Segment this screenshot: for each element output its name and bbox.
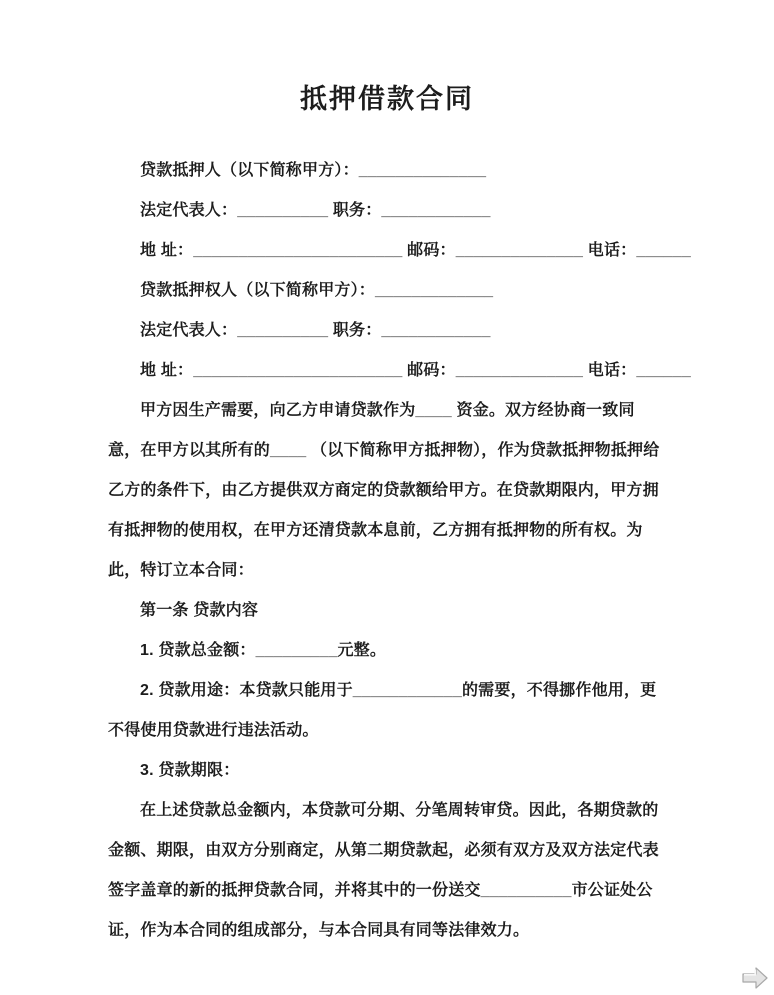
article-1-item-2-loan-purpose: 2. 贷款用途：本贷款只能用于____________的需要，不得挪作他用，更不… <box>108 671 664 751</box>
party-a-address-line: 地 址：_______________________ 邮码：_________… <box>108 231 664 271</box>
party-b-legal-representative-line: 法定代表人：__________ 职务：____________ <box>108 311 664 351</box>
party-a-legal-representative-line: 法定代表人：__________ 职务：____________ <box>108 191 664 231</box>
contract-preamble: 甲方因生产需要，向乙方申请贷款作为____ 资金。双方经协商一致同意，在甲方以其… <box>108 391 664 591</box>
party-a-mortgagor-line: 贷款抵押人（以下简称甲方）：______________ <box>108 151 664 191</box>
next-page-arrow-icon[interactable] <box>740 965 770 991</box>
contract-document-page: 抵押借款合同 贷款抵押人（以下简称甲方）：______________ 法定代表… <box>0 0 774 995</box>
document-body: 贷款抵押人（以下简称甲方）：______________ 法定代表人：_____… <box>108 151 664 951</box>
document-title: 抵押借款合同 <box>0 78 774 120</box>
article-1-item-3-detail: 在上述贷款总金额内，本贷款可分期、分笔周转审贷。因此，各期贷款的金额、期限，由双… <box>108 791 664 951</box>
party-b-mortgagee-line: 贷款抵押权人（以下简称甲方）：_____________ <box>108 271 664 311</box>
article-1-item-1-loan-amount: 1. 贷款总金额：_________元整。 <box>108 631 664 671</box>
party-b-address-line: 地 址：_______________________ 邮码：_________… <box>108 351 664 391</box>
article-1-item-3-loan-term: 3. 贷款期限： <box>108 751 664 791</box>
article-1-heading: 第一条 贷款内容 <box>108 591 664 631</box>
